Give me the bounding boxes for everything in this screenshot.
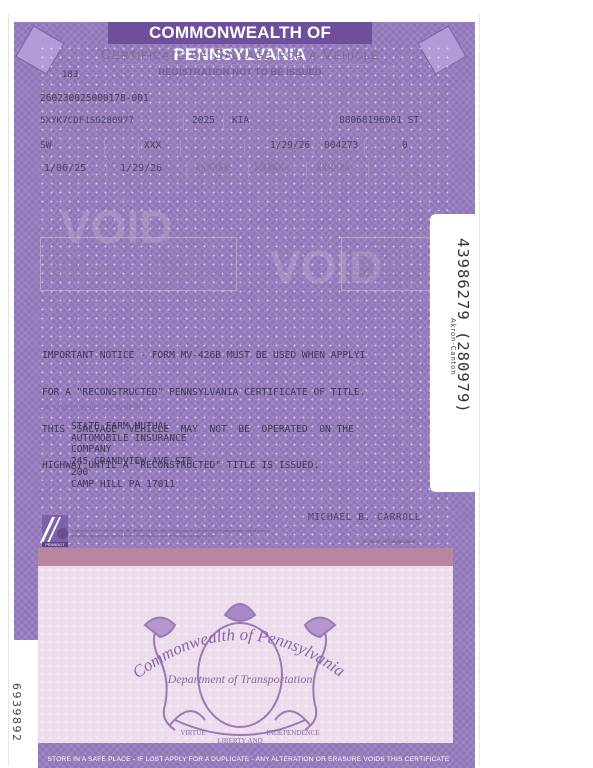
- field-seat-cap: XXX Seat Cap: [144, 140, 167, 156]
- field-gcwr: XXXXXX GCWR: [316, 163, 350, 179]
- margin-number: 6939892: [10, 683, 23, 743]
- signature-band: [38, 548, 453, 566]
- field-gvwr: XXXXXX GVWR: [255, 163, 289, 179]
- secretary-title: Secretary of Transportation: [362, 540, 417, 545]
- sticker-location: Akron-Canton: [449, 318, 457, 376]
- footer-warning: STORE IN A SAFE PLACE - IF LOST APPLY FO…: [36, 752, 461, 768]
- divider: [183, 115, 184, 131]
- title-brands-right-column: L = LOGGING VEHICLE P = EMERG & POLICE V…: [151, 248, 222, 286]
- divider: [106, 162, 107, 178]
- field-dup: Dup: [108, 140, 134, 156]
- divider: [368, 162, 369, 178]
- divider: [180, 139, 181, 155]
- odometer-status-legend: ODOMETER STATUS 0 = ACTUAL MILEAGE 1 = M…: [341, 237, 443, 291]
- svg-text:INDEPENDENCE: INDEPENDENCE: [266, 729, 319, 737]
- divider: [186, 162, 187, 178]
- svg-text:Department of Transportation: Department of Transportation: [167, 672, 313, 686]
- field-make: KIA Make of Vehicle: [232, 115, 297, 131]
- divider: [248, 162, 249, 178]
- field-title-brands: Title Brands: [386, 172, 417, 177]
- divider: [138, 139, 139, 155]
- divider: [223, 115, 224, 131]
- field-title-number: 88068196001 ST Title Number: [339, 115, 419, 131]
- field-year: 2025 Year: [192, 115, 215, 131]
- field-unladen-weight: XXXXXX Unladen Weight: [195, 163, 234, 179]
- control-number: 260230025000178-001: [40, 93, 149, 104]
- state-seal-icon: Commonwealth of Pennsylvania Department …: [115, 585, 365, 750]
- field-vin: 5XYK7CDF1SG280977 Vehicle Identification…: [40, 115, 180, 131]
- field-odom-date: 1/29/26 Odom. Reading Date: [252, 140, 310, 156]
- certification-statement: I certify as of the date of issue, the o…: [72, 528, 287, 538]
- title-brands-left-column: A = ANTIQUE VEHICLE C = CLASSIC VEHICLE …: [45, 249, 115, 283]
- field-odom-status: 0 Odom. Status: [378, 140, 410, 156]
- field-odom-miles: 004273 Odom. Miles: [324, 140, 358, 156]
- subtitle-underline: [120, 64, 370, 65]
- field-body-type: SW Body Type: [40, 140, 83, 156]
- secretary-name: MICHAEL B. CARROLL: [308, 512, 421, 523]
- field-date-of-issue: 1/29/26 Date of Issue: [120, 163, 163, 179]
- divider: [364, 139, 365, 155]
- svg-text:LIBERTY AND: LIBERTY AND: [217, 737, 262, 745]
- owner-label: SALVAGE VEHICLE OWNER(S): [40, 403, 149, 412]
- sequence-number: 183: [62, 70, 78, 80]
- field-date-pa-titled: 1/06/25 Date PA Titled: [44, 163, 88, 179]
- field-prior-title-state: Prior Title State: [186, 140, 227, 156]
- svg-text:VIRTUE: VIRTUE: [180, 729, 205, 737]
- owner-address: STATE FARM MUTUAL AUTOMOBILE INSURANCE C…: [71, 421, 192, 490]
- divider: [331, 115, 332, 131]
- title-brands-legend: TITLE BRANDS A = ANTIQUE VEHICLE C = CLA…: [40, 237, 237, 291]
- divider: [306, 162, 307, 178]
- divider: [104, 139, 105, 155]
- registration-note: REGISTRATION NOT TO BE ISSUED: [60, 67, 420, 78]
- document-subtitle: Certificate of Salvage for a Vehicle: [60, 46, 420, 63]
- divider: [244, 139, 245, 155]
- divider: [313, 139, 314, 155]
- penndot-logo: PENNDOT: [42, 515, 68, 547]
- document-title: COMMONWEALTH OF PENNSYLVANIA: [108, 22, 372, 44]
